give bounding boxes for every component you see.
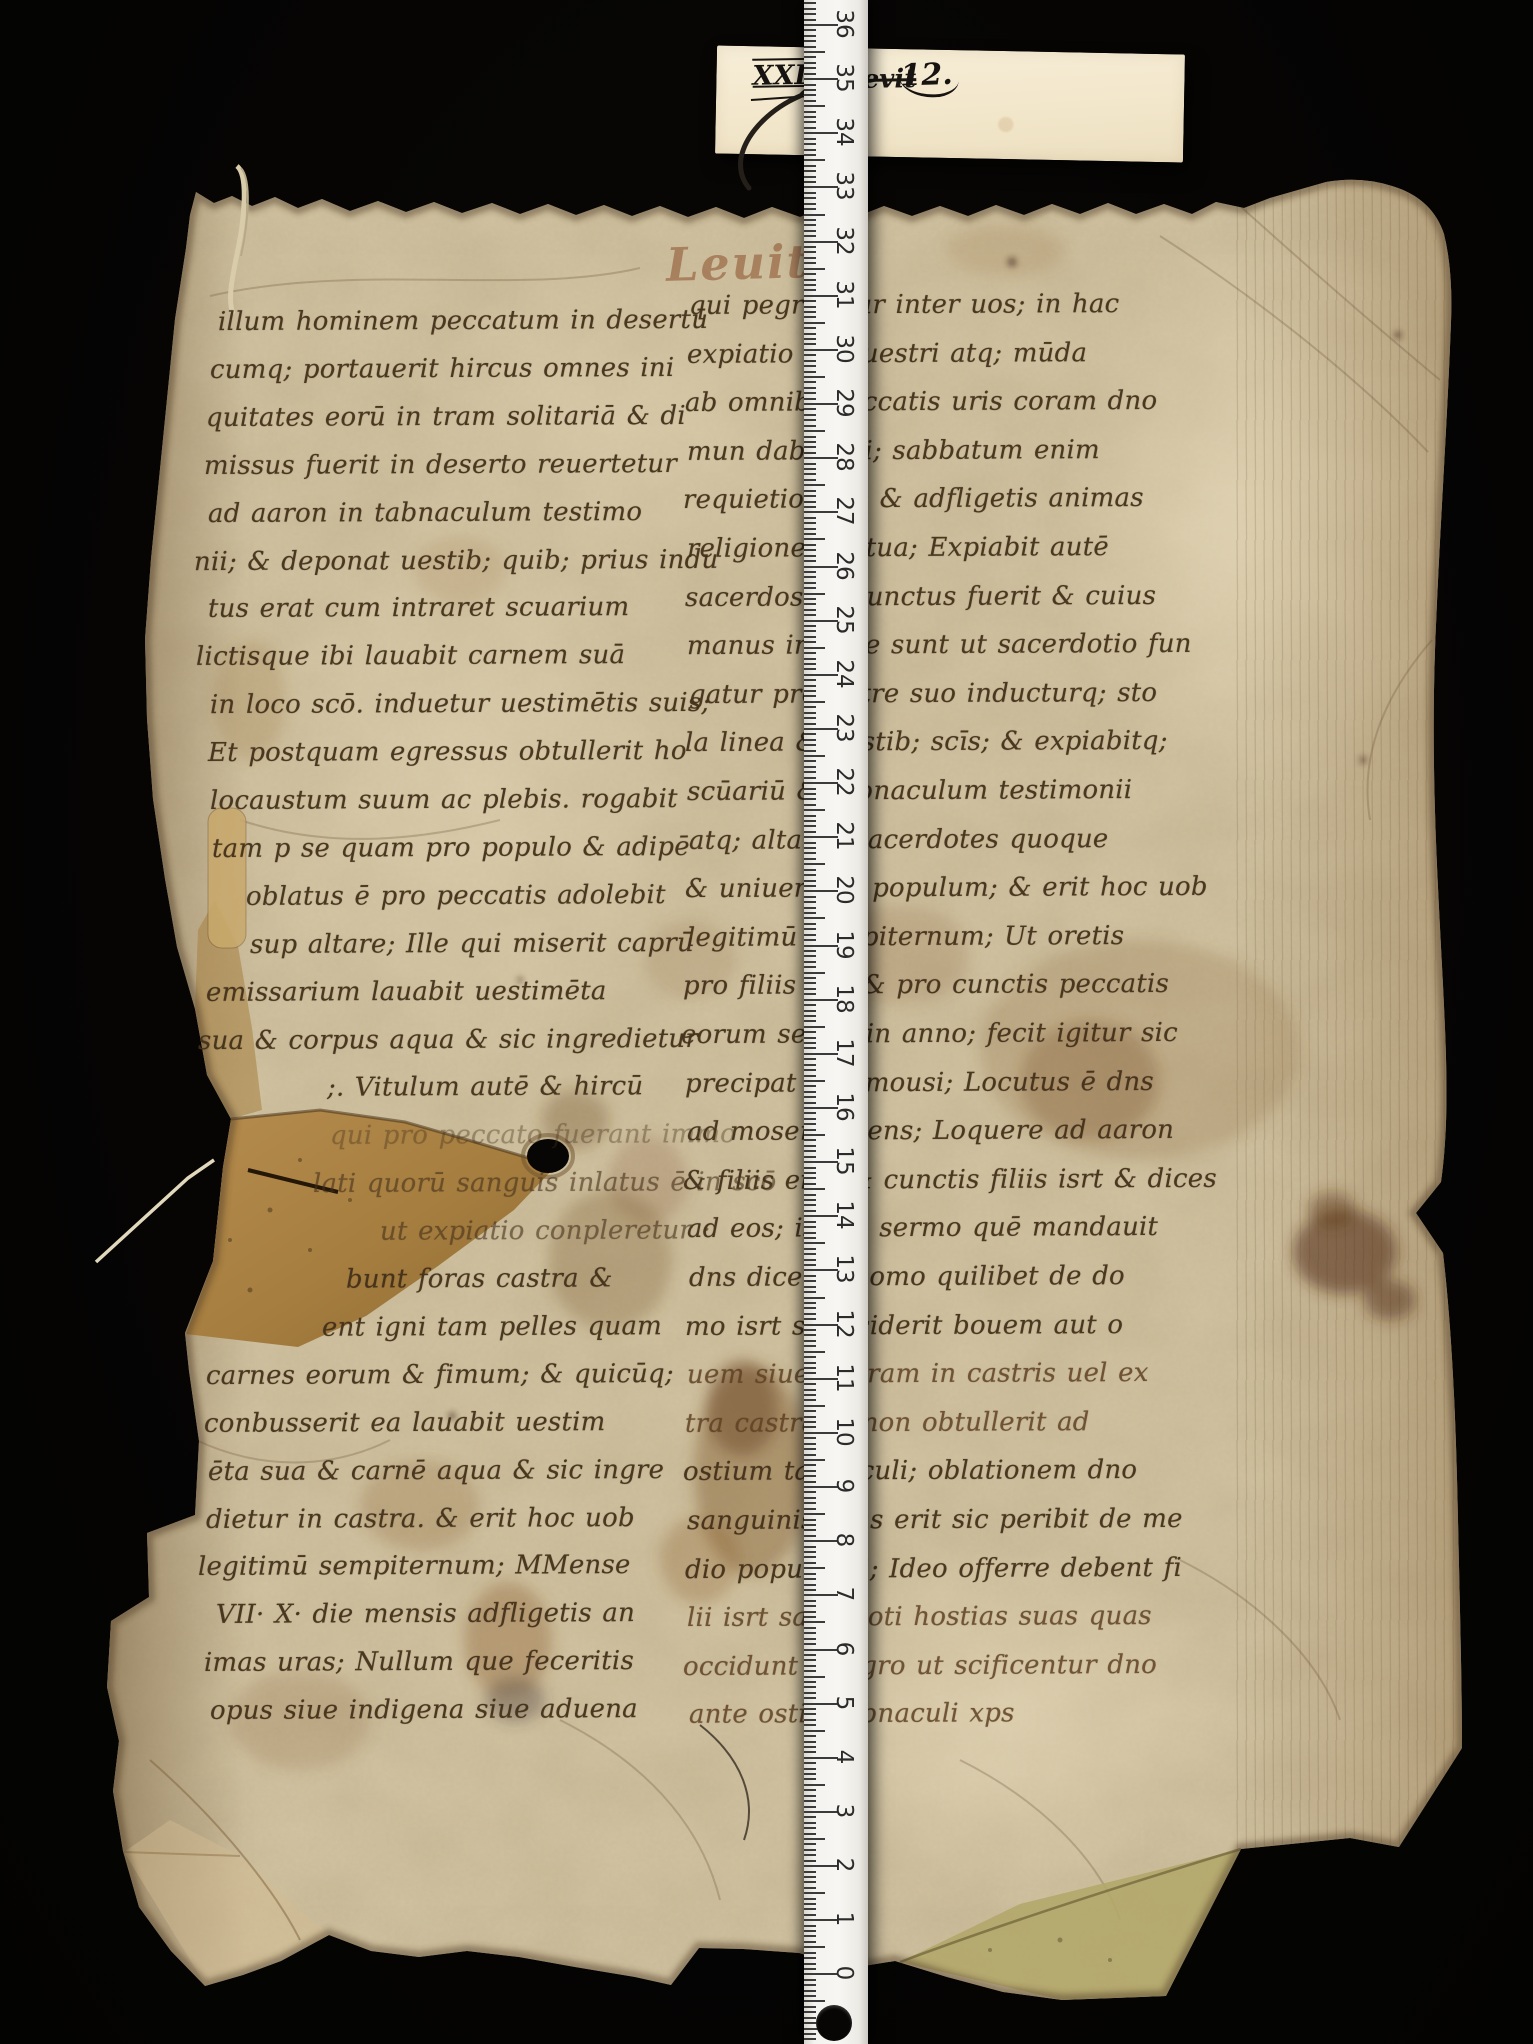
ruler-tick — [804, 1345, 816, 1347]
ruler-tick — [804, 679, 816, 681]
ruler-tick — [804, 1426, 816, 1428]
ruler-tick — [804, 1881, 816, 1883]
ruler-number: 13 — [832, 1249, 856, 1289]
ruler-tick — [804, 463, 816, 465]
ruler-number: 1 — [832, 1899, 856, 1939]
ruler-tick — [804, 798, 816, 800]
ruler-tick — [804, 1605, 816, 1607]
ruler-tick — [804, 1984, 816, 1986]
ruler-tick — [804, 414, 816, 416]
ruler-tick — [804, 1459, 825, 1461]
ruler-tick — [804, 8, 816, 10]
ruler-tick — [804, 847, 816, 849]
ruler-tick — [804, 1546, 816, 1548]
ruler-tick — [804, 279, 816, 281]
ruler-tick — [804, 690, 816, 692]
ruler-tick — [804, 593, 825, 595]
ruler-tick — [804, 251, 816, 253]
ruler-tick — [804, 1210, 816, 1212]
ruler-tick — [804, 1232, 816, 1234]
ruler-tick — [804, 1621, 825, 1623]
ruler-tick — [804, 1194, 816, 1196]
ruler-tick — [804, 62, 816, 64]
ruler-tick — [804, 1632, 816, 1634]
ruler-tick — [804, 1600, 816, 1602]
ruler-tick — [804, 1080, 825, 1082]
ruler-tick — [804, 1513, 825, 1515]
ruler-tick — [804, 300, 816, 302]
ruler-tick — [804, 1768, 816, 1770]
ruler-tick — [804, 760, 816, 762]
ruler-tick — [804, 1242, 825, 1244]
ruler-tick — [804, 950, 816, 952]
ruler-tick — [804, 1800, 816, 1802]
ruler-tick — [804, 224, 816, 226]
ruler-tick — [804, 1497, 816, 1499]
ruler-tick — [804, 576, 816, 578]
ruler-number: 4 — [832, 1737, 856, 1777]
ruler-tick — [804, 1204, 816, 1206]
ruler-tick — [804, 2, 816, 4]
ruler-tick — [804, 1334, 816, 1336]
ruler-tick — [804, 517, 816, 519]
ruler-tick — [804, 1383, 816, 1385]
ruler-tick — [804, 1410, 816, 1412]
ruler-tick — [804, 852, 816, 854]
ruler-tick — [804, 1616, 816, 1618]
ruler-tick — [804, 863, 825, 865]
ruler-number: 16 — [832, 1087, 856, 1127]
ruler-number: 0 — [832, 1953, 856, 1993]
ruler-number: 31 — [832, 275, 856, 315]
ruler-tick — [804, 1914, 816, 1916]
ruler-tick — [804, 289, 816, 291]
ruler-tick — [804, 1405, 825, 1407]
ruler-tick — [804, 138, 816, 140]
ruler-tick — [804, 170, 816, 172]
ruler-tick — [804, 322, 825, 324]
ruler-tick — [804, 1849, 816, 1851]
ruler-tick — [804, 1416, 816, 1418]
ruler-tick — [804, 1686, 816, 1688]
ruler-tick — [804, 1795, 816, 1797]
ruler-tick — [804, 544, 816, 546]
ruler-number: 36 — [832, 4, 856, 44]
ruler-tick — [804, 1237, 816, 1239]
ruler-tick — [804, 94, 816, 96]
ruler-tick — [804, 1145, 816, 1147]
ruler-tick — [804, 1573, 816, 1575]
ruler-tick — [804, 1502, 816, 1504]
ruler-tick — [804, 1362, 816, 1364]
ruler-tick — [804, 365, 816, 367]
ruler-tick — [804, 1340, 816, 1342]
ruler-tick — [804, 528, 816, 530]
ruler-number: 28 — [832, 437, 856, 477]
ruler-tick — [804, 1464, 816, 1466]
ruler-tick — [804, 1871, 816, 1873]
ruler-tick — [804, 484, 825, 486]
ruler-tick — [804, 858, 816, 860]
ruler-tick — [804, 1123, 816, 1125]
ruler-tick — [804, 1578, 816, 1580]
ruler-tick — [804, 1887, 816, 1889]
ruler-tick — [804, 214, 825, 216]
ruler-tick — [804, 695, 816, 697]
ruler-tick — [804, 230, 816, 232]
ruler-number: 32 — [832, 221, 856, 261]
ruler-tick — [804, 1454, 816, 1456]
ruler-tick — [804, 1139, 816, 1141]
ruler-number: 18 — [832, 979, 856, 1019]
ruler-tick — [804, 533, 816, 535]
ruler-number: 7 — [832, 1574, 856, 1614]
ruler-tick — [804, 419, 816, 421]
ruler-tick — [804, 939, 816, 941]
ruler-tick — [804, 874, 816, 876]
ruler-tick — [804, 284, 816, 286]
ruler-tick — [804, 116, 816, 118]
ruler-tick — [804, 961, 816, 963]
ruler-tick — [804, 1643, 816, 1645]
ruler-tick — [804, 392, 816, 394]
ruler-tick — [804, 1952, 816, 1954]
ruler-tick — [804, 1470, 816, 1472]
ruler-number: 27 — [832, 491, 856, 531]
ruler-tick — [804, 1199, 816, 1201]
measuring-ruler: 3635343332313029282726252423222120191817… — [804, 0, 868, 2044]
ruler-tick — [804, 468, 816, 470]
ruler-tick — [804, 1692, 816, 1694]
ruler-tick — [804, 1329, 816, 1331]
ruler-tick — [804, 1026, 825, 1028]
ruler-tick — [804, 641, 816, 643]
ruler-tick — [804, 1816, 816, 1818]
ruler-tick — [804, 1091, 816, 1093]
ruler-number: 11 — [832, 1358, 856, 1398]
ruler-tick — [804, 549, 816, 551]
ruler-tick — [804, 582, 816, 584]
ruler-tick — [804, 1697, 816, 1699]
ruler-tick — [804, 988, 816, 990]
ruler-tick — [804, 84, 816, 86]
ruler-tick — [804, 1627, 816, 1629]
ruler-tick — [804, 1670, 816, 1672]
ruler-tick — [804, 1529, 816, 1531]
ruler-tick — [804, 2038, 816, 2040]
ruler-tick — [804, 1042, 816, 1044]
ruler-tick — [804, 663, 816, 665]
ruler-tick — [804, 560, 816, 562]
ruler-tick — [804, 907, 816, 909]
ruler-number: 21 — [832, 816, 856, 856]
ruler-tick — [804, 311, 816, 313]
ruler-tick — [804, 333, 816, 335]
ruler-tick — [804, 1351, 825, 1353]
ruler-tick — [804, 1280, 816, 1282]
ruler-tick — [804, 1421, 816, 1423]
ruler-tick — [804, 609, 816, 611]
ruler-tick — [804, 880, 816, 882]
ruler-number: 8 — [832, 1520, 856, 1560]
ruler-tick — [804, 1010, 816, 1012]
ruler-tick — [804, 1253, 816, 1255]
ruler-tick — [804, 1892, 825, 1894]
ruler-tick — [804, 1075, 816, 1077]
ruler-tick — [804, 1221, 816, 1223]
ruler-tick — [804, 1318, 816, 1320]
ruler-tick — [804, 630, 816, 632]
ruler-tick — [804, 1177, 816, 1179]
ruler-tick — [804, 1876, 816, 1878]
ruler-tick — [804, 306, 816, 308]
ruler-tick — [804, 1096, 816, 1098]
ruler-tick — [804, 1957, 816, 1959]
ruler-tick — [804, 625, 816, 627]
ruler-tick — [804, 1925, 816, 1927]
ruler-tick — [804, 1935, 816, 1937]
ruler-tick — [804, 159, 825, 161]
ruler-tick — [804, 154, 816, 156]
ruler-tick — [804, 1854, 816, 1856]
ruler-tick — [804, 993, 816, 995]
ruler-tick — [804, 1806, 816, 1808]
ruler-tick — [804, 712, 816, 714]
ruler-tick — [804, 479, 816, 481]
ruler-tick — [804, 1963, 816, 1965]
ruler-tick — [804, 538, 825, 540]
ruler-tick — [804, 35, 816, 37]
ruler-tick — [804, 262, 816, 264]
ruler-tick — [804, 1437, 816, 1439]
ruler-tick — [804, 1746, 816, 1748]
ruler-tick — [804, 815, 816, 817]
ruler-tick — [804, 19, 816, 21]
ruler-tick — [804, 1069, 816, 1071]
ruler-number: 33 — [832, 166, 856, 206]
ruler-tick — [804, 436, 816, 438]
ruler-tick — [804, 1356, 816, 1358]
ruler-tick — [804, 1778, 816, 1780]
ruler-tick — [804, 165, 816, 167]
ruler-tick — [804, 723, 816, 725]
ruler-number: 10 — [832, 1412, 856, 1452]
ruler-tick — [804, 1367, 816, 1369]
ruler-tick — [804, 1064, 816, 1066]
ruler-tick — [804, 934, 816, 936]
ruler-tick — [804, 1930, 816, 1932]
ruler-tick — [804, 360, 816, 362]
ruler-tick — [804, 1259, 816, 1261]
ruler-tick — [804, 647, 825, 649]
ruler-tick — [804, 1129, 816, 1131]
ruler-tick — [804, 203, 816, 205]
ruler-tick — [804, 473, 816, 475]
ruler-tick — [804, 1475, 816, 1477]
ruler-tick — [804, 955, 816, 957]
ruler-number: 6 — [832, 1629, 856, 1669]
ruler-tick — [804, 1286, 816, 1288]
ruler-tick — [804, 1291, 816, 1293]
ruler-tick — [804, 1654, 816, 1656]
ruler-tick — [804, 1297, 825, 1299]
ruler-tick — [804, 376, 825, 378]
ruler-tick — [804, 1112, 816, 1114]
manuscript-photo: Leuit illum hominem peccatum in desertūc… — [0, 0, 1533, 2044]
ruler-tick — [804, 446, 816, 448]
ruler-tick — [804, 701, 825, 703]
ruler-tick — [804, 668, 816, 670]
ruler-tick — [804, 658, 816, 660]
ruler-tick — [804, 972, 825, 974]
ruler-tick — [804, 685, 816, 687]
ruler-tick — [804, 1150, 816, 1152]
ruler-number: 9 — [832, 1466, 856, 1506]
ruler-tick — [804, 2017, 816, 2019]
ruler-tick — [804, 1085, 816, 1087]
ruler-tick — [804, 1183, 816, 1185]
ruler-tick — [804, 408, 816, 410]
ruler-tick — [804, 1589, 816, 1591]
ruler-tick — [804, 1638, 816, 1640]
ruler-tick — [804, 371, 816, 373]
ruler-tick — [804, 982, 816, 984]
ruler-tick — [804, 1724, 816, 1726]
ruler-number: 22 — [832, 762, 856, 802]
ruler-tick — [804, 354, 816, 356]
ruler-tick — [804, 923, 816, 925]
ruler-tick — [804, 1676, 825, 1678]
ruler-tick — [804, 1762, 816, 1764]
ruler-tick — [804, 268, 825, 270]
ruler-tick — [804, 1562, 816, 1564]
ruler-tick — [804, 219, 816, 221]
ruler-tick — [804, 771, 816, 773]
ruler-tick — [804, 755, 825, 757]
ruler-tick — [804, 246, 816, 248]
ruler-tick — [804, 398, 816, 400]
ruler-tick — [804, 555, 816, 557]
ruler-tick — [804, 1226, 816, 1228]
ruler-tick — [804, 1730, 825, 1732]
ruler-tick — [804, 831, 816, 833]
ruler-tick — [804, 430, 825, 432]
ruler-tick — [804, 522, 816, 524]
ruler-tick — [804, 89, 816, 91]
ruler-tick — [804, 1031, 816, 1033]
ruler-tick — [804, 1968, 816, 1970]
ruler-number: 30 — [832, 329, 856, 369]
ruler-tick — [804, 1248, 816, 1250]
ruler-tick — [804, 825, 816, 827]
ruler-tick — [804, 804, 816, 806]
ruler-number: 14 — [832, 1195, 856, 1235]
ruler-number: 17 — [832, 1033, 856, 1073]
ruler-number: 35 — [832, 58, 856, 98]
ruler-tick — [804, 1102, 816, 1104]
ruler-tick — [804, 1789, 816, 1791]
ruler-tick — [804, 966, 816, 968]
ruler-tick — [804, 1134, 825, 1136]
ruler-tick — [804, 2033, 816, 2035]
ruler-tick — [804, 1946, 825, 1948]
ruler-tick — [804, 425, 816, 427]
ruler-tick — [804, 1665, 816, 1667]
ruler-tick — [804, 1037, 816, 1039]
ruler-tick — [804, 1941, 816, 1943]
ruler-tick — [804, 1979, 816, 1981]
ruler-tick — [804, 29, 816, 31]
ruler-number: 19 — [832, 925, 856, 965]
ruler-tick — [804, 1741, 816, 1743]
ruler-tick — [804, 273, 816, 275]
ruler-tick — [804, 192, 816, 194]
ruler-tick — [804, 1399, 816, 1401]
ruler-tick — [804, 490, 816, 492]
ruler-tick — [804, 452, 816, 454]
ruler-tick — [804, 1751, 816, 1753]
ruler-tick — [804, 1491, 816, 1493]
ruler-number: 23 — [832, 708, 856, 748]
ruler-number: 2 — [832, 1845, 856, 1885]
ruler-tick — [804, 1448, 816, 1450]
ruler-tick — [804, 1860, 816, 1862]
ruler-tick — [804, 105, 825, 107]
ruler-tick — [804, 793, 816, 795]
ruler-tick — [804, 2022, 816, 2024]
ruler-tick — [804, 1995, 816, 1997]
ruler-tick — [804, 1156, 816, 1158]
ruler-tick — [804, 1556, 816, 1558]
ruler-tick — [804, 13, 816, 15]
ruler-tick — [804, 235, 816, 237]
ruler-tick — [804, 1015, 816, 1017]
ruler-tick — [804, 977, 816, 979]
label-thread — [0, 0, 1533, 2044]
ruler-tick — [804, 1389, 816, 1391]
ruler-tick — [804, 1004, 816, 1006]
ruler-tick — [804, 197, 816, 199]
ruler-tick — [804, 1719, 816, 1721]
ruler-tick — [804, 143, 816, 145]
ruler-tick — [804, 111, 816, 113]
ruler-tick — [804, 1833, 816, 1835]
ruler-tick — [804, 1784, 825, 1786]
ruler-tick — [804, 706, 816, 708]
ruler-tick — [804, 1990, 816, 1992]
ruler-tick — [804, 149, 816, 151]
ruler-tick — [804, 1843, 816, 1845]
ruler-tick — [804, 1047, 816, 1049]
ruler-tick — [804, 614, 816, 616]
ruler-tick — [804, 1020, 816, 1022]
ruler-tick — [804, 885, 816, 887]
ruler-tick — [804, 181, 816, 183]
ruler-tick — [804, 744, 816, 746]
ruler-tick — [804, 100, 816, 102]
ruler-tick — [804, 1838, 825, 1840]
ruler-tick — [804, 1822, 816, 1824]
ruler-tick — [804, 1481, 816, 1483]
ruler-tick — [804, 381, 816, 383]
ruler-tick — [804, 636, 816, 638]
ruler-tick — [804, 1898, 816, 1900]
ruler-tick — [804, 777, 816, 779]
ruler-tick — [804, 598, 816, 600]
ruler-tick — [804, 750, 816, 752]
ruler-tick — [804, 1681, 816, 1683]
ruler-tick — [804, 1394, 816, 1396]
